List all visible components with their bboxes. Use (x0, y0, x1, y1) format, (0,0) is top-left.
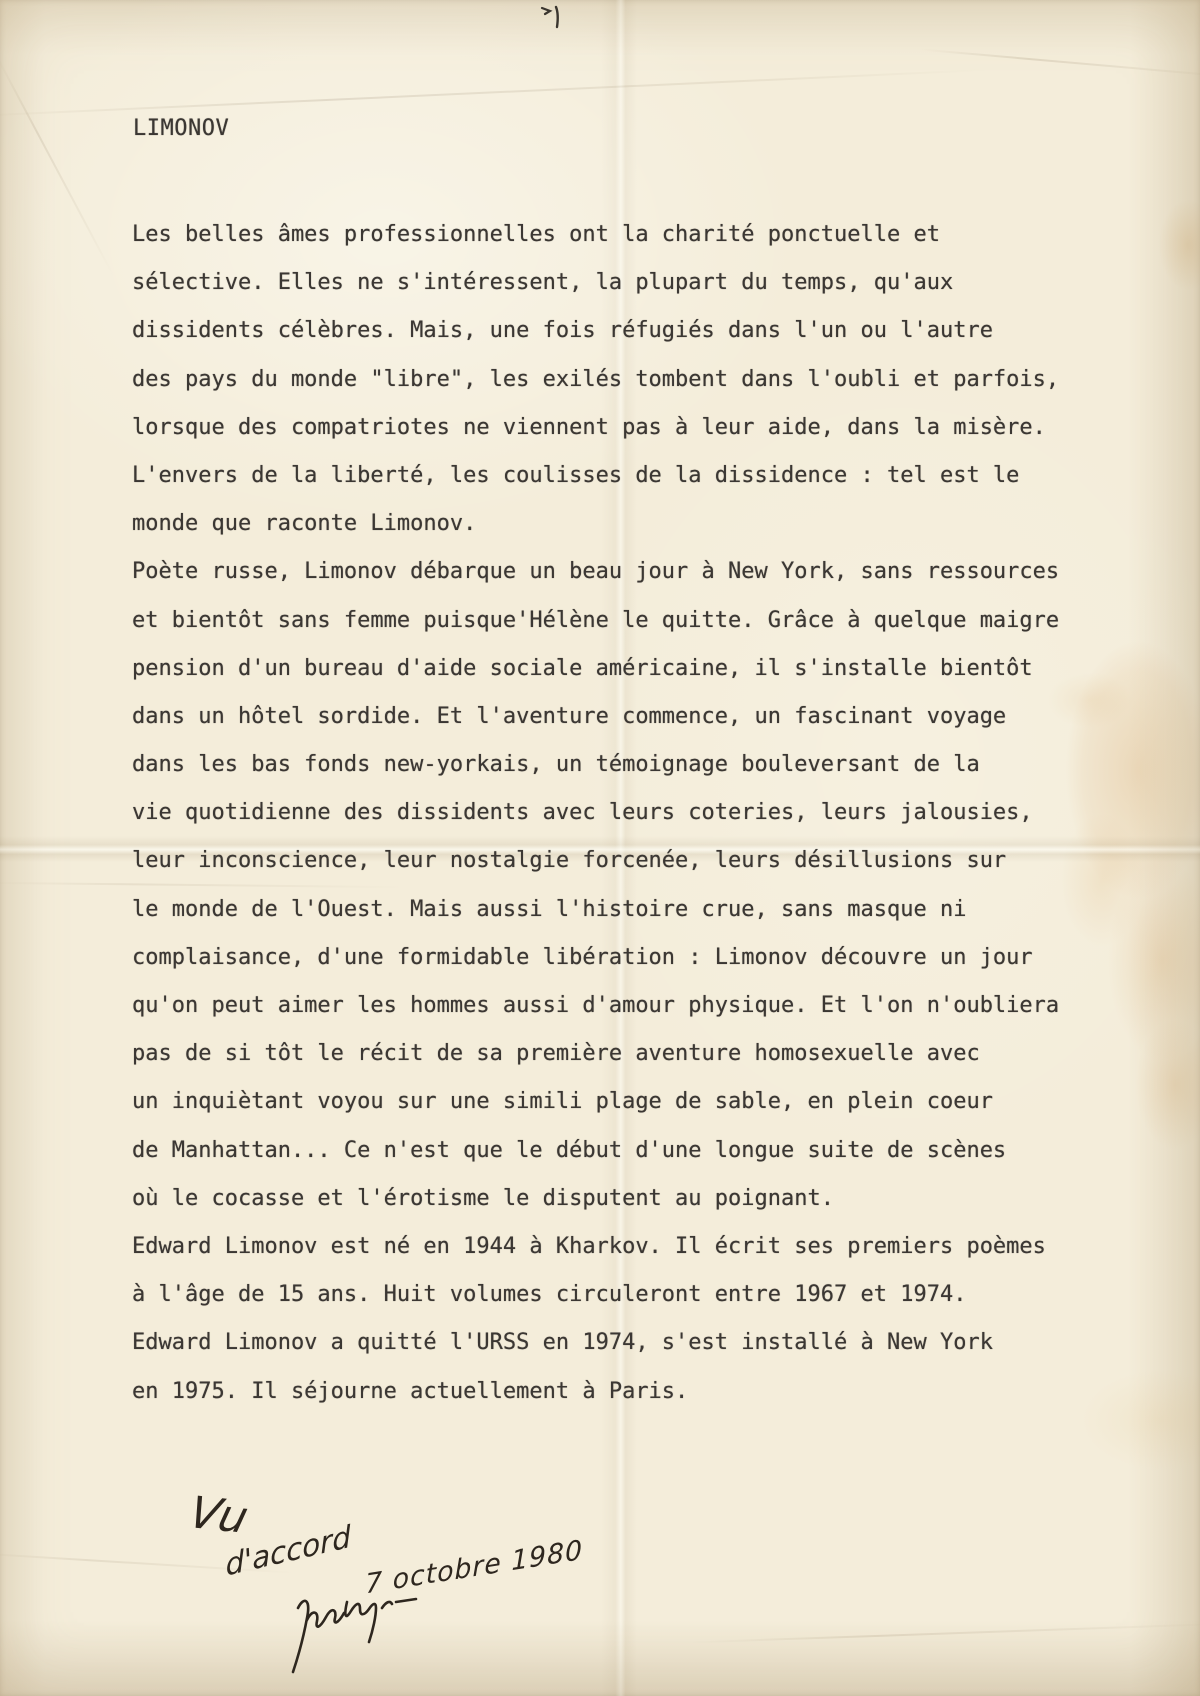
text-line: de Manhattan... Ce n'est que le début d'… (132, 1127, 1142, 1175)
text-line: un inquiètant voyou sur une simili plage… (132, 1078, 1142, 1126)
text-line: lorsque des compatriotes ne viennent pas… (132, 404, 1142, 452)
crease-line (0, 55, 115, 277)
text-line: et bientôt sans femme puisque'Hélène le … (132, 597, 1142, 645)
typewritten-body: Les belles âmes professionnelles ont la … (132, 211, 1142, 1416)
text-line: dans les bas fonds new-yorkais, un témoi… (132, 741, 1142, 789)
text-line: pas de si tôt le récit de sa première av… (132, 1030, 1142, 1078)
text-line: à l'âge de 15 ans. Huit volumes circuler… (132, 1271, 1142, 1319)
text-line: leur inconscience, leur nostalgie forcen… (132, 837, 1142, 885)
text-line: monde que raconte Limonov. (132, 500, 1142, 548)
text-line: vie quotidienne des dissidents avec leur… (132, 789, 1142, 837)
handwritten-word-vu: Vu (184, 1488, 253, 1544)
handwritten-date: 7 octobre 1980 (365, 1535, 583, 1601)
crease-line (921, 48, 1200, 77)
crease-line (690, 1623, 1200, 1644)
ink-mark (538, 2, 568, 34)
signature-scribble (278, 1594, 428, 1676)
document-title: LIMONOV (133, 116, 229, 141)
text-line: qu'on peut aimer les hommes aussi d'amou… (132, 982, 1142, 1030)
text-line: Les belles âmes professionnelles ont la … (132, 211, 1142, 259)
text-line: Edward Limonov est né en 1944 à Kharkov.… (132, 1223, 1142, 1271)
text-line: dans un hôtel sordide. Et l'aventure com… (132, 693, 1142, 741)
text-line: des pays du monde "libre", les exilés to… (132, 356, 1142, 404)
text-line: dissidents célèbres. Mais, une fois réfu… (132, 307, 1142, 355)
text-line: en 1975. Il séjourne actuellement à Pari… (132, 1368, 1142, 1416)
text-line: où le cocasse et l'érotisme le disputent… (132, 1175, 1142, 1223)
text-line: le monde de l'Ouest. Mais aussi l'histoi… (132, 886, 1142, 934)
text-line: pension d'un bureau d'aide sociale améri… (132, 645, 1142, 693)
typewritten-document-page: LIMONOV Les belles âmes professionnelles… (0, 0, 1200, 1696)
text-line: sélective. Elles ne s'intéressent, la pl… (132, 259, 1142, 307)
text-line: Poète russe, Limonov débarque un beau jo… (132, 548, 1142, 596)
text-line: complaisance, d'une formidable libératio… (132, 934, 1142, 982)
text-line: L'envers de la liberté, les coulisses de… (132, 452, 1142, 500)
text-line: Edward Limonov a quitté l'URSS en 1974, … (132, 1319, 1142, 1367)
crease-line (0, 69, 990, 117)
